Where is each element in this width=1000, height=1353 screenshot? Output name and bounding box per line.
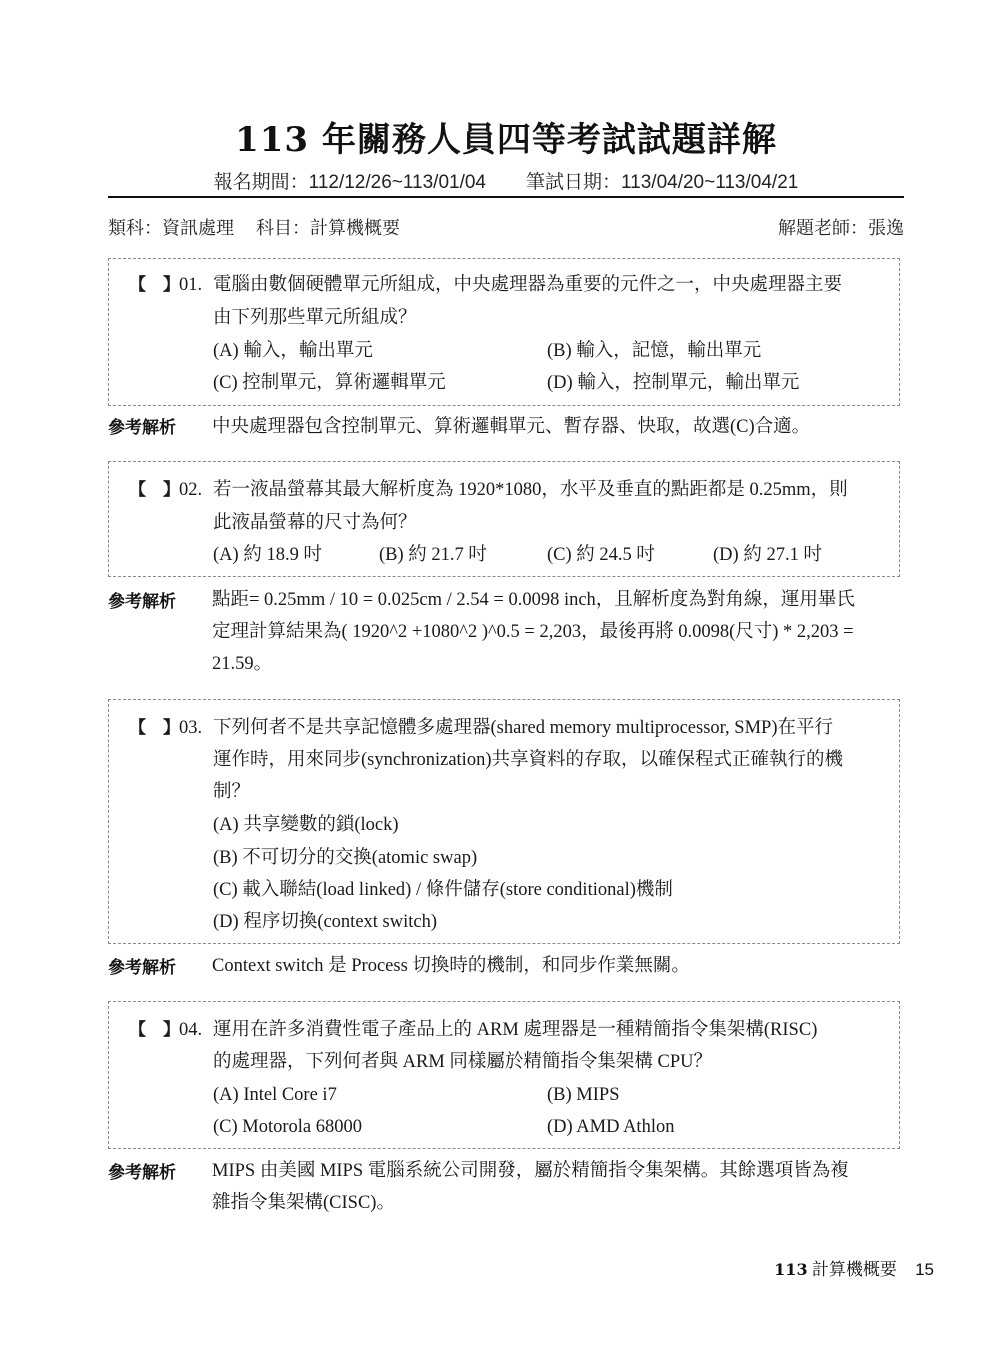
option-b: (B) MIPS	[547, 1083, 620, 1107]
option-label: (D)	[547, 373, 573, 393]
option-label: (B)	[379, 545, 404, 565]
option-label: (B)	[547, 341, 572, 361]
answer-label: 參考解析	[108, 1161, 176, 1185]
page-number: 15	[915, 1260, 934, 1279]
option-text: 控制單元，算術邏輯單元	[242, 373, 446, 393]
option-text: 約 27.1 吋	[743, 545, 822, 565]
written-exam-dates: 筆試日期：113/04/20~113/04/21	[526, 167, 798, 194]
answer-label: 參考解析	[108, 956, 176, 980]
option-d: (D) 程序切換(context switch)	[213, 910, 437, 934]
option-label: (A)	[213, 1085, 239, 1105]
footer-code: 113	[774, 1260, 807, 1279]
option-text: 約 18.9 吋	[243, 545, 322, 565]
answer-bracket: 【 】	[129, 1018, 180, 1042]
question-box-03: 【 】 03. 下列何者不是共享記憶體多處理器(shared memory mu…	[108, 699, 900, 944]
option-text: 輸入，控制單元，輸出單元	[577, 373, 799, 393]
option-d: (D) AMD Athlon	[547, 1115, 674, 1139]
question-number: 02.	[179, 478, 202, 502]
option-text: AMD Athlon	[576, 1117, 674, 1137]
answer-label: 參考解析	[108, 590, 176, 614]
exam-dates: 報名期間：112/12/26~113/01/04筆試日期：113/04/20~1…	[108, 167, 904, 194]
question-text-line: 若一液晶螢幕其最大解析度為 1920*1080，水平及垂直的點距都是 0.25m…	[213, 478, 848, 502]
option-label: (A)	[213, 815, 239, 835]
answer-bracket: 【 】	[129, 478, 180, 502]
answer-text-line: 21.59。	[212, 652, 272, 676]
option-d: (D) 輸入，控制單元，輸出單元	[547, 371, 799, 395]
question-text-line: 電腦由數個硬體單元所組成，中央處理器為重要的元件之一，中央處理器主要	[213, 273, 842, 297]
answer-text-line: 中央處理器包含控制單元、算術邏輯單元、暫存器、快取，故選(C)合適。	[212, 415, 810, 439]
option-a: (A) 輸入，輸出單元	[213, 339, 373, 363]
option-text: Motorola 68000	[242, 1117, 362, 1137]
option-text: 載入聯結(load linked) / 條件儲存(store condition…	[242, 880, 673, 900]
option-label: (C)	[213, 880, 238, 900]
question-text-line: 制？	[213, 780, 250, 804]
option-b: (B) 約 21.7 吋	[379, 543, 487, 567]
option-label: (D)	[547, 1117, 573, 1137]
answer-bracket: 【 】	[129, 273, 180, 297]
option-text: MIPS	[576, 1085, 619, 1105]
teacher: 解題老師：張逸	[778, 214, 904, 240]
option-text: 共享變數的鎖(lock)	[243, 815, 398, 835]
question-box-04: 【 】 04. 運用在許多消費性電子產品上的 ARM 處理器是一種精簡指令集架構…	[108, 1001, 900, 1149]
option-c: (C) 控制單元，算術邏輯單元	[213, 371, 446, 395]
option-text: 輸入，輸出單元	[243, 341, 373, 361]
footer-subject: 計算機概要	[812, 1260, 897, 1279]
option-a: (A) 共享變數的鎖(lock)	[213, 813, 399, 837]
question-box-01: 【 】 01. 電腦由數個硬體單元所組成，中央處理器為重要的元件之一，中央處理器…	[108, 258, 900, 406]
option-text: 約 24.5 吋	[576, 545, 655, 565]
answer-label: 參考解析	[108, 416, 176, 440]
answer-text-line: 雜指令集架構(CISC)。	[212, 1191, 395, 1215]
answer-text-line: Context switch 是 Process 切換時的機制，和同步作業無關。	[212, 954, 690, 978]
option-text: 輸入，記憶，輸出單元	[576, 341, 761, 361]
option-label: (C)	[547, 545, 572, 565]
question-text-line: 運用在許多消費性電子產品上的 ARM 處理器是一種精簡指令集架構(RISC)	[213, 1018, 817, 1042]
question-text-line: 運作時，用來同步(synchronization)共享資料的存取，以確保程式正確…	[213, 748, 843, 772]
option-label: (C)	[213, 373, 238, 393]
question-text-line: 的處理器，下列何者與 ARM 同樣屬於精簡指令集架構 CPU？	[213, 1050, 712, 1074]
question-text-line: 下列何者不是共享記憶體多處理器(shared memory multiproce…	[213, 716, 833, 740]
option-text: 程序切換(context switch)	[243, 912, 437, 932]
option-b: (B) 不可切分的交換(atomic swap)	[213, 846, 477, 870]
option-c: (C) Motorola 68000	[213, 1115, 362, 1139]
option-text: 約 21.7 吋	[408, 545, 487, 565]
answer-bracket: 【 】	[129, 716, 180, 740]
option-label: (D)	[213, 912, 239, 932]
option-label: (A)	[213, 545, 239, 565]
answer-text-line: 點距= 0.25mm / 10 = 0.025cm / 2.54 = 0.009…	[212, 588, 855, 612]
question-number: 01.	[179, 273, 202, 297]
option-label: (C)	[213, 1117, 238, 1137]
question-text-line: 由下列那些單元所組成？	[213, 306, 417, 330]
option-b: (B) 輸入，記憶，輸出單元	[547, 339, 761, 363]
answer-text-line: 定理計算結果為( 1920^2 +1080^2 )^0.5 = 2,203，最後…	[212, 620, 854, 644]
category: 類科：資訊處理	[108, 218, 234, 238]
option-text: 不可切分的交換(atomic swap)	[242, 848, 477, 868]
question-box-02: 【 】 02. 若一液晶螢幕其最大解析度為 1920*1080，水平及垂直的點距…	[108, 461, 900, 577]
option-label: (B)	[213, 848, 238, 868]
question-number: 04.	[179, 1018, 202, 1042]
answer-text-line: MIPS 由美國 MIPS 電腦系統公司開發，屬於精簡指令集架構。其餘選項皆為複	[212, 1159, 849, 1183]
question-number: 03.	[179, 716, 202, 740]
option-label: (B)	[547, 1085, 572, 1105]
option-c: (C) 約 24.5 吋	[547, 543, 655, 567]
page-footer: 113 計算機概要 15	[774, 1255, 934, 1280]
option-label: (D)	[713, 545, 739, 565]
option-label: (A)	[213, 341, 239, 361]
subject: 科目：計算機概要	[256, 218, 400, 238]
page-title: 113 年關務人員四等考試試題詳解	[108, 112, 904, 161]
option-a: (A) 約 18.9 吋	[213, 543, 322, 567]
header-divider	[108, 196, 904, 198]
option-text: Intel Core i7	[243, 1085, 337, 1105]
option-c: (C) 載入聯結(load linked) / 條件儲存(store condi…	[213, 878, 673, 902]
option-a: (A) Intel Core i7	[213, 1083, 337, 1107]
option-d: (D) 約 27.1 吋	[713, 543, 822, 567]
question-text-line: 此液晶螢幕的尺寸為何？	[213, 511, 417, 535]
registration-period: 報名期間：112/12/26~113/01/04	[214, 167, 486, 194]
